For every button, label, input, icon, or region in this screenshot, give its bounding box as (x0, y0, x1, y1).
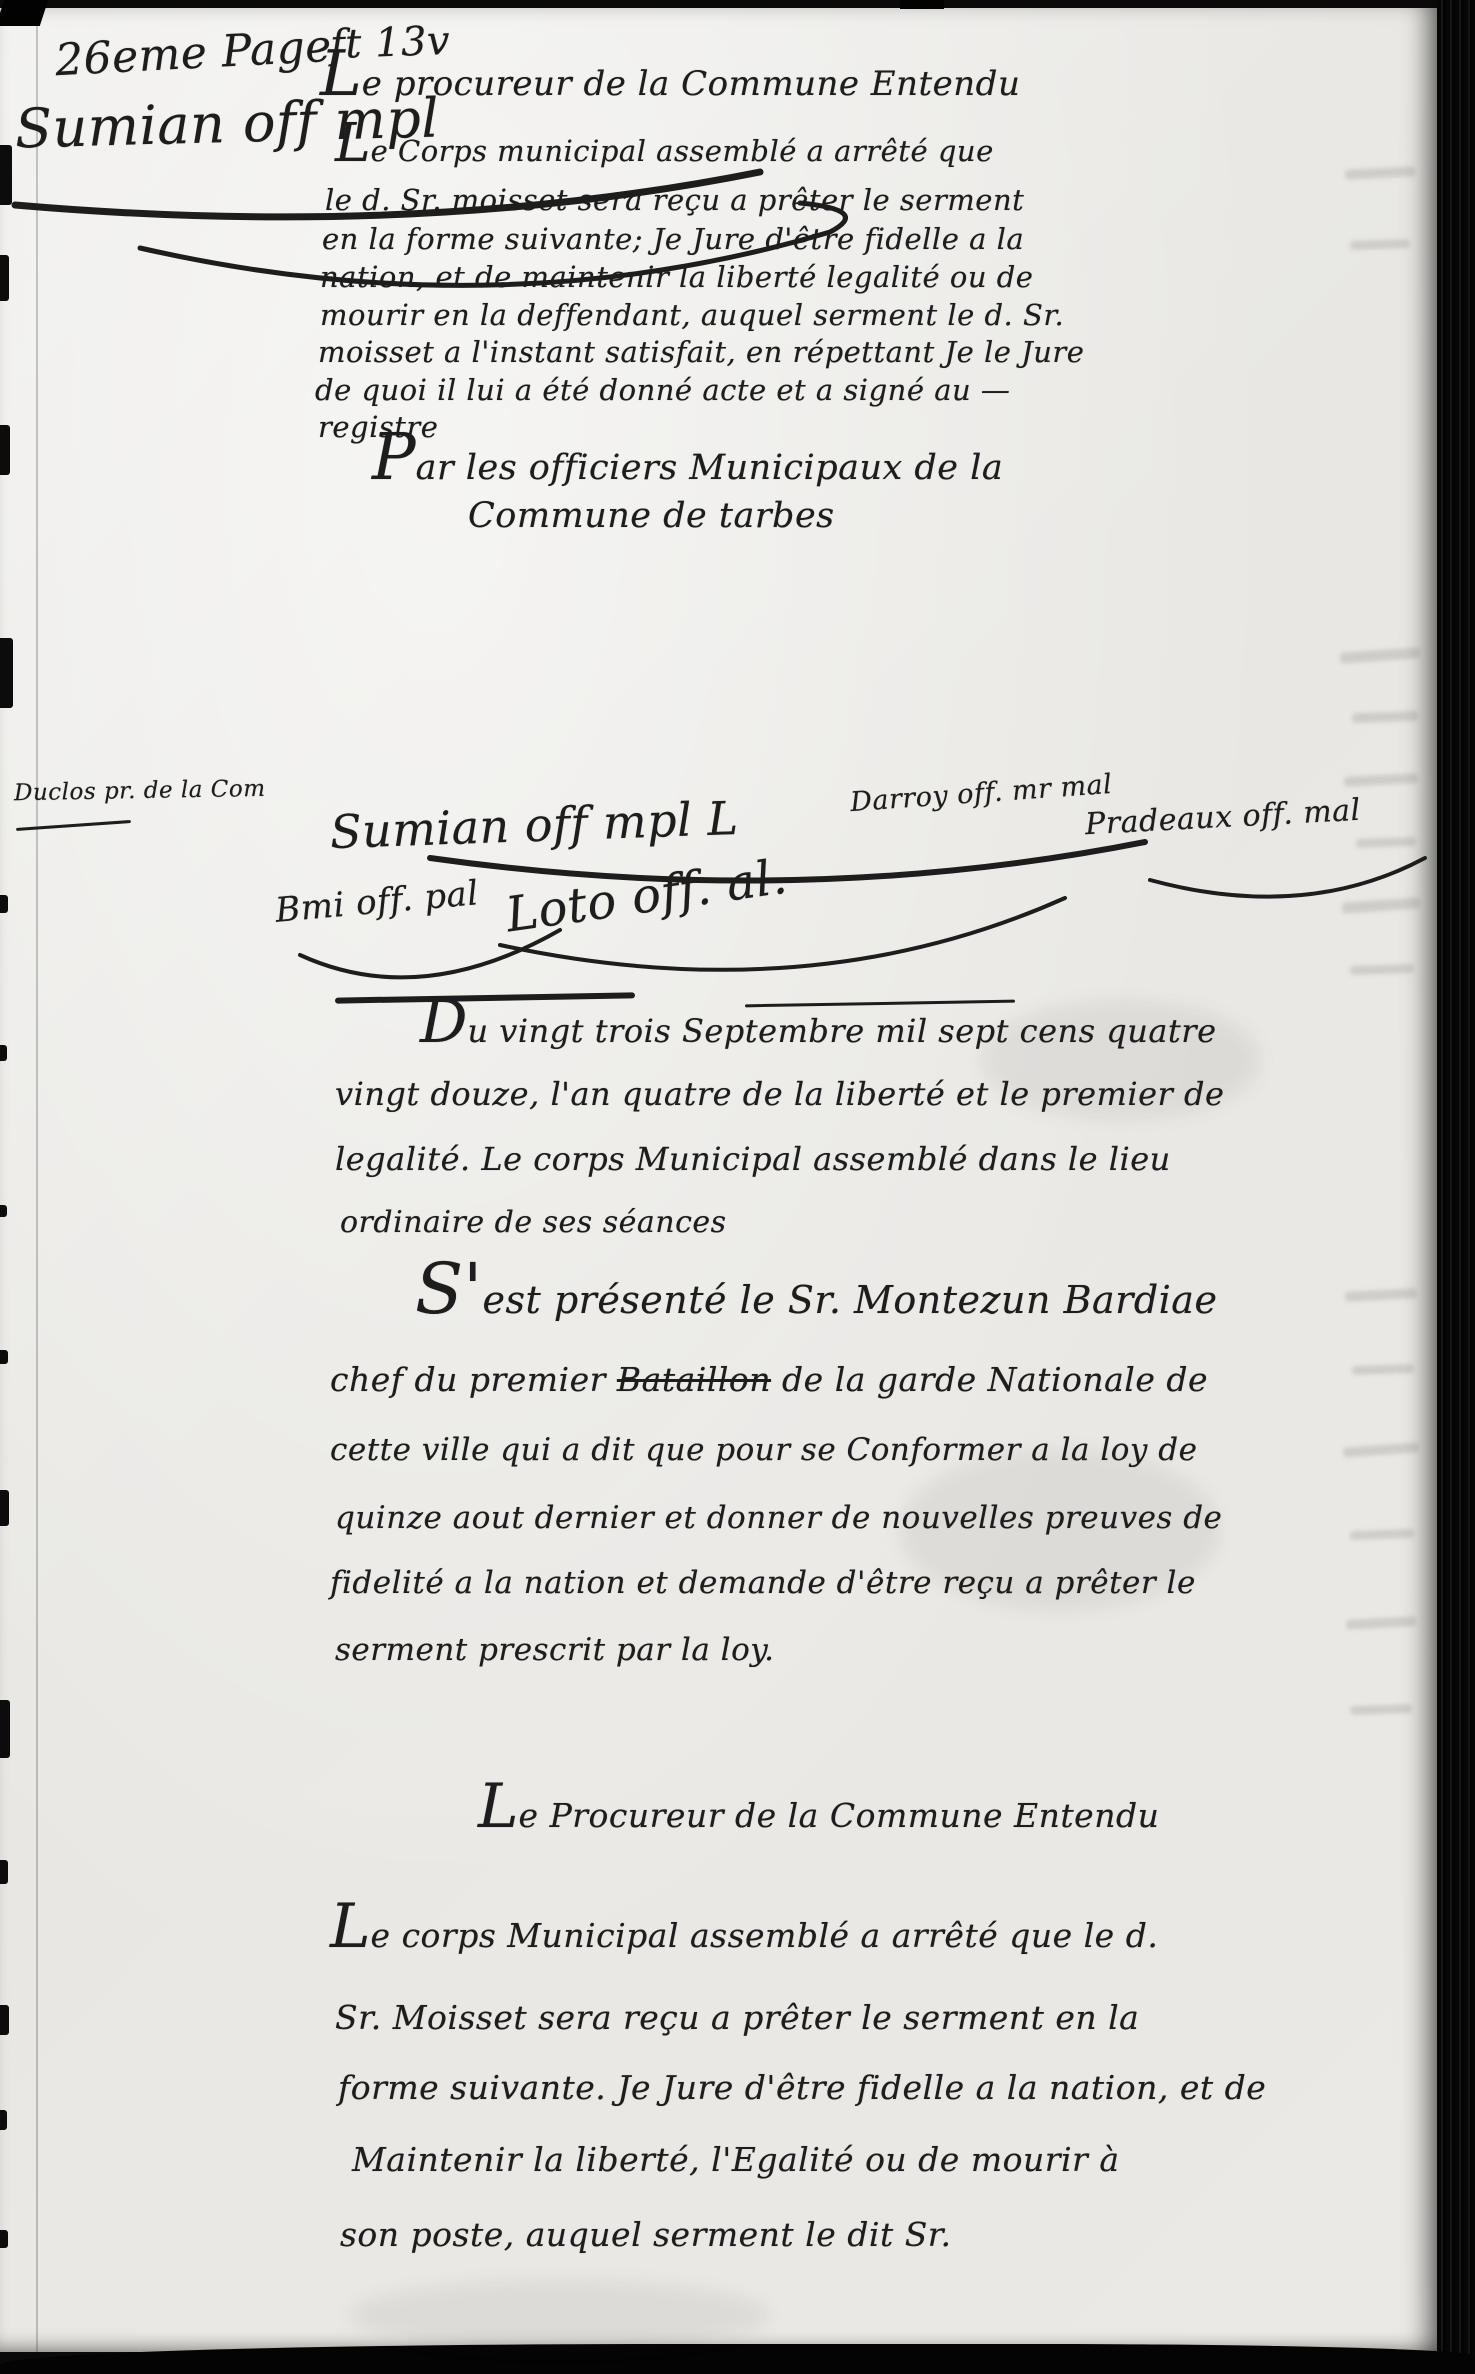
manuscript-line: serment prescrit par la loy. (335, 1632, 775, 1668)
manuscript-scan: 26eme Page ft 13v Sumian off mpl Le proc… (0, 0, 1475, 2374)
manuscript-line: fidelité a la nation et demande d'être r… (330, 1565, 1196, 1601)
line-suffix: de la garde Nationale de (771, 1360, 1208, 1399)
binding-mark (0, 1205, 7, 1217)
manuscript-line: quinze aout dernier et donner de nouvell… (335, 1500, 1222, 1536)
binding-mark (0, 2230, 8, 2248)
manuscript-line: nation, et de maintenir la liberté legal… (320, 260, 1033, 294)
manuscript-line: le d. Sr. moisset sera reçu a prêter le … (325, 183, 1024, 217)
binding-mark (0, 145, 12, 205)
manuscript-line: Sr. Moisset sera reçu a prêter le sermen… (335, 1998, 1139, 2037)
attestation-line: Commune de tarbes (468, 496, 835, 536)
binding-mark (0, 638, 13, 708)
binding-mark (0, 895, 8, 913)
manuscript-line: Du vingt trois Septembre mil sept cens q… (420, 1012, 1217, 1050)
scan-edge-bottom (0, 2344, 1475, 2374)
line-prefix: chef du premier (330, 1360, 617, 1399)
binding-mark (0, 425, 10, 475)
left-fold-line (36, 8, 38, 2352)
binding-mark (0, 1700, 10, 1758)
manuscript-line: cette ville qui a dit que pour se Confor… (330, 1432, 1197, 1468)
scan-edge-top-left (0, 0, 48, 26)
binding-mark (0, 1350, 8, 1364)
binding-mark (0, 2005, 9, 2035)
manuscript-line: Le corps Municipal assemblé a arrêté que… (330, 1916, 1158, 1955)
struck-word: Bataillon (617, 1360, 771, 1399)
manuscript-line: vingt douze, l'an quatre de la liberté e… (335, 1075, 1224, 1113)
paper-stain (350, 2280, 770, 2350)
binding-mark (0, 255, 9, 301)
manuscript-line: chef du premier Bataillon de la garde Na… (330, 1360, 1208, 1399)
manuscript-line: moisset a l'instant satisfait, en répett… (318, 335, 1084, 369)
manuscript-line: Maintenir la liberté, l'Egalité ou de mo… (352, 2140, 1120, 2179)
margin-note: Duclos pr. de la Com (14, 776, 266, 806)
manuscript-line: en la forme suivante; Je Jure d'être fid… (322, 222, 1024, 256)
deliberation1-heading: Le procureur de la Commune Entendu (320, 64, 1020, 104)
manuscript-line: mourir en la deffendant, auquel serment … (320, 298, 1064, 332)
manuscript-line: ordinaire de ses séances (340, 1205, 727, 1240)
manuscript-line: son poste, auquel serment le dit Sr. (340, 2215, 951, 2254)
binding-mark (0, 1860, 8, 1884)
deliberation3-heading: Le Procureur de la Commune Entendu (478, 1796, 1159, 1835)
manuscript-line: forme suivante. Je Jure d'être fidelle a… (338, 2068, 1266, 2107)
attestation-line: Par les officiers Municipaux de la (372, 448, 1003, 488)
manuscript-line: Le Corps municipal assemblé a arrêté que (335, 134, 994, 168)
presentation-opening: S'est présenté le Sr. Montezun Bardiae (415, 1278, 1217, 1322)
binding-mark (0, 1490, 9, 1526)
scan-edge-top-mark (900, 0, 944, 9)
manuscript-line: legalité. Le corps Municipal assemblé da… (335, 1140, 1171, 1178)
binding-mark (0, 1045, 7, 1061)
manuscript-line: de quoi il lui a été donné acte et a sig… (315, 373, 1010, 407)
binding-mark (0, 2110, 7, 2130)
book-binding-edge (1437, 0, 1475, 2374)
